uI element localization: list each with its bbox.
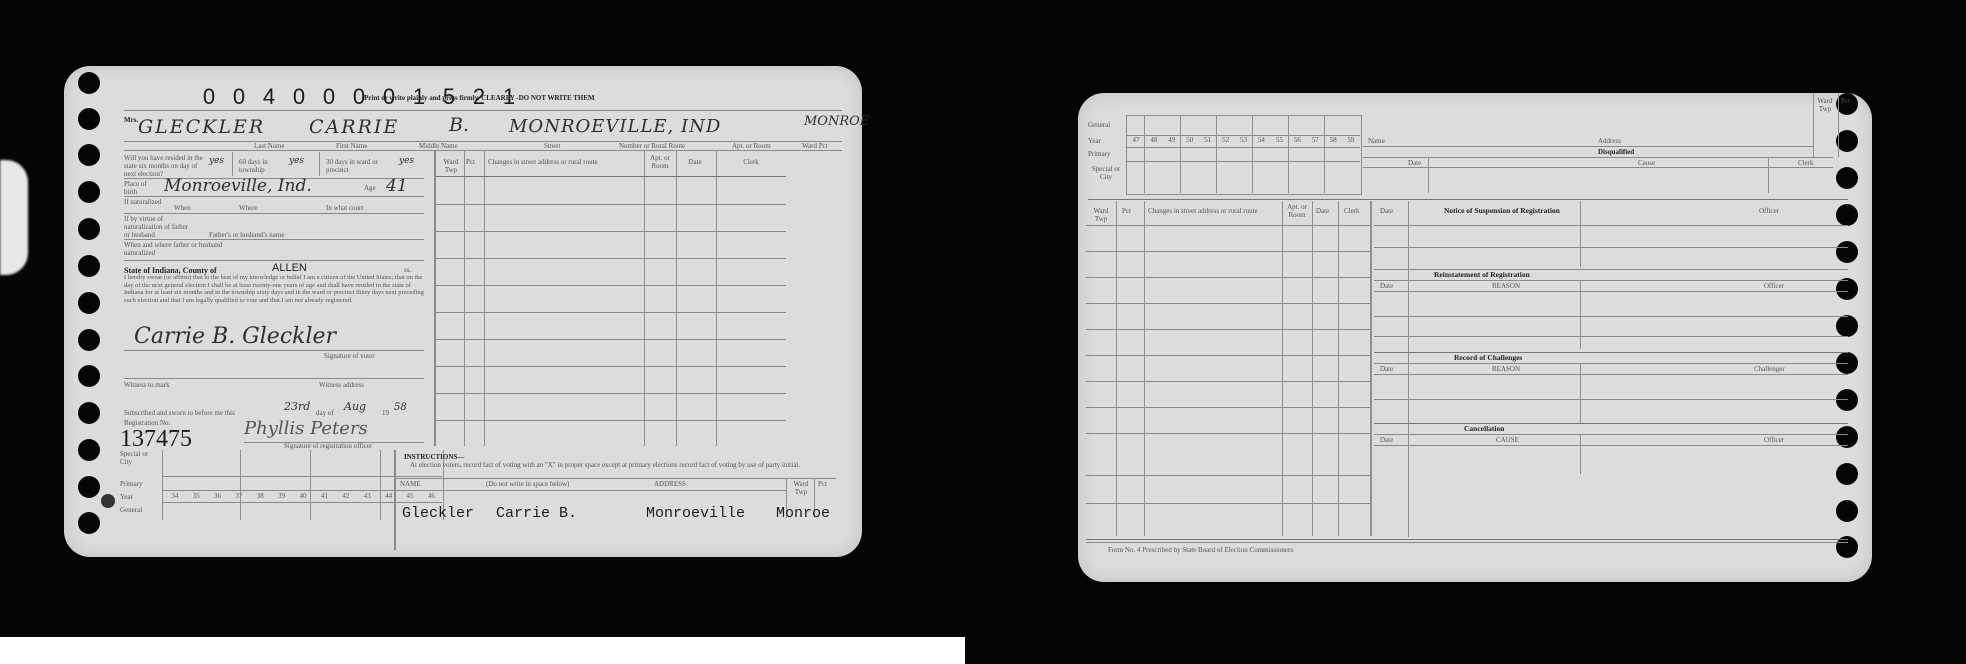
year-cell: 47 [1127, 136, 1145, 144]
suspension-officer-header: Officer [1759, 207, 1779, 215]
year-cell: 50 [1181, 136, 1199, 144]
footer-ward-label: Ward Twp [789, 480, 813, 496]
punch-hole [78, 512, 100, 534]
changes-table-back-continued [1086, 451, 1372, 536]
year-row: 47 48 49 50 51 52 53 54 55 56 57 58 59 [1127, 136, 1360, 144]
punch-hole [78, 292, 100, 314]
footer-note: (Do not write in space below) [486, 480, 569, 488]
subscribed-year: 58 [394, 402, 407, 413]
registration-card-back: General Year Primary Special or City 47 … [1078, 93, 1872, 582]
typed-address: Monroeville [646, 505, 745, 522]
serial-digit: 4 [254, 84, 284, 110]
punch-hole [78, 181, 100, 203]
year-cell: 52 [1217, 136, 1235, 144]
serial-digit: 0 [284, 84, 314, 110]
birth-label: Place of birth [124, 180, 159, 196]
year-cell: 37 [228, 492, 249, 500]
grid-label-general: General [120, 506, 142, 514]
subscribed-day-label: day of [316, 409, 334, 417]
punch-hole [78, 476, 100, 498]
col-apt: Apt. or Room [646, 154, 674, 170]
col-clerk: Clerk [1344, 207, 1360, 215]
grid-label-year: Year [1088, 137, 1101, 145]
subscribed-month: Aug [344, 400, 366, 413]
year-cell: 42 [335, 492, 356, 500]
subscribed-text: Subscribed and sworn to before me this [124, 409, 235, 417]
disqualified-cause: Cause [1638, 159, 1655, 167]
changes-table-back: Ward Twp Pct Changes in street address o… [1086, 201, 1372, 451]
punch-hole [1836, 130, 1858, 152]
oath-text: I hereby swear (or affirm) that to the b… [124, 274, 424, 304]
oath-ss: ss. [404, 266, 411, 274]
grid-label-special: Special or City [120, 450, 160, 466]
challenges-date-header: Date [1380, 365, 1393, 373]
instructions-text: At election voters, record fact of votin… [410, 461, 830, 469]
blank-margin [0, 637, 965, 664]
serial-digit: 0 [314, 84, 344, 110]
punch-hole [78, 72, 100, 94]
punch-hole [78, 365, 100, 387]
disqualified-clerk: Clerk [1798, 159, 1814, 167]
year-cell: 56 [1288, 136, 1306, 144]
punch-hole [78, 144, 100, 166]
col-ward: Ward Twp [1088, 207, 1114, 223]
year-cell: 59 [1342, 136, 1360, 144]
col-pct: Pct [1122, 207, 1131, 215]
col-pct: Pct [466, 158, 475, 166]
col-ward: Ward Twp [440, 158, 462, 174]
col-date: Date [681, 158, 709, 166]
street-handwritten: MONROEVILLE, IND [509, 116, 721, 137]
pct-label: Pct [1841, 97, 1850, 105]
year-cell: 41 [314, 492, 335, 500]
address-label: Address [1598, 137, 1621, 145]
year-cell: 48 [1145, 136, 1163, 144]
vote-grid-back: General Year Primary Special or City 47 … [1088, 115, 1360, 200]
year-cell: 43 [357, 492, 378, 500]
year-cell: 55 [1270, 136, 1288, 144]
virtue-label: If by virtue of naturalization of father… [124, 215, 194, 239]
cancellation-title: Cancellation [1464, 425, 1504, 433]
challenges-reason-header: REASON [1492, 365, 1520, 373]
col-clerk: Clerk [726, 158, 776, 166]
punch-hole [1836, 167, 1858, 189]
challenges-title: Record of Challenges [1454, 354, 1522, 362]
reinstatement-reason-header: REASON [1492, 282, 1520, 290]
witness-address-label: Witness address [319, 381, 364, 389]
age-label: Age [364, 184, 376, 192]
year-cell: 54 [1252, 136, 1270, 144]
disqualified-date: Date [1408, 159, 1421, 167]
year-cell: 49 [1163, 136, 1181, 144]
first-name-handwritten: CARRIE [309, 116, 399, 138]
witness-label: Witness to mark [124, 381, 170, 389]
typed-ward: Monroe [776, 505, 830, 522]
changes-table-front: Ward Twp Pct Changes in street address o… [434, 150, 844, 446]
col-apt: Apt. or Room [1284, 203, 1310, 219]
typed-first-name: Carrie B. [496, 505, 577, 522]
label-number-rural: Number or Rural Route [619, 142, 685, 150]
grid-label-primary: Primary [1088, 150, 1111, 158]
form-note: Form No. 4 Prescribed by State Board of … [1108, 546, 1293, 554]
registration-card-front: 00400001521 Print or write plainly and p… [64, 66, 862, 557]
status-sections: Date Notice of Suspension of Registratio… [1374, 201, 1848, 537]
subscribed-day: 23rd [284, 400, 310, 413]
residency-state-answer: yes [209, 156, 224, 166]
year-cell: 35 [185, 492, 206, 500]
when-where-label: When and where father or husband natural… [124, 241, 224, 257]
residency-ward-answer: yes [399, 156, 414, 166]
middle-name-handwritten: B. [449, 114, 469, 136]
punch-hole [78, 402, 100, 424]
punch-hole [78, 439, 100, 461]
title-prefix: Mrs. [124, 116, 138, 124]
year-cell: 34 [164, 492, 185, 500]
scan-artifact [0, 160, 28, 275]
grid-label-general: General [1088, 121, 1110, 129]
last-name-handwritten: GLECKLER [138, 116, 265, 138]
grid-label-year: Year [120, 493, 133, 501]
label-street: Street [544, 142, 560, 150]
punch-hole [78, 329, 100, 351]
registration-number: 137475 [120, 426, 192, 453]
father-husband-name-label: Father's or husband's name [209, 231, 284, 239]
naturalized-where: Where [239, 204, 258, 212]
year-cell: 57 [1306, 136, 1324, 144]
label-last-name: Last Name [254, 142, 285, 150]
voter-signature: Carrie B. Gleckler [134, 324, 336, 349]
punch-holes-left [78, 66, 100, 557]
typed-last-name: Gleckler [402, 505, 474, 522]
punch-hole [78, 108, 100, 130]
suspension-title: Notice of Suspension of Registration [1444, 207, 1560, 215]
footer-name-label: NAME [400, 480, 421, 488]
cancellation-officer-header: Officer [1764, 436, 1784, 444]
label-ward-pct: Ward Pct [802, 142, 828, 150]
residency-township-question: 60 days in township [239, 158, 289, 174]
serial-digit: 0 [194, 84, 224, 110]
ward-twp-label: Ward Twp [1815, 97, 1835, 113]
year-cell: 58 [1324, 136, 1342, 144]
residency-ward-question: 30 days in ward or precinct [326, 158, 396, 174]
stray-hole [101, 494, 115, 508]
signature-label: Signature of voter [324, 352, 375, 360]
year-cell: 39 [271, 492, 292, 500]
label-middle-name: Middle Name [419, 142, 458, 150]
punch-hole [78, 218, 100, 240]
instructions-block: INSTRUCTIONS— At election voters, record… [394, 450, 836, 550]
ward-handwritten: MONROE [804, 114, 869, 129]
naturalized-label: If naturalized [124, 198, 164, 206]
disqualified-title: Disqualified [1598, 148, 1634, 156]
cancellation-cause-header: CAUSE [1496, 436, 1519, 444]
challenges-challenger-header: Challenger [1754, 365, 1785, 373]
naturalized-when: When [174, 204, 191, 212]
footer-address-label: ADDRESS [654, 480, 686, 488]
header-instruction: Print or write plainly and press firmly.… [364, 94, 744, 102]
reinstatement-officer-header: Officer [1764, 282, 1784, 290]
year-cell: 51 [1199, 136, 1217, 144]
year-cell: 38 [250, 492, 271, 500]
col-changes: Changes in street address or rural route [488, 158, 628, 166]
age-value: 41 [386, 176, 408, 196]
label-apt-room: Apt. or Room [732, 142, 771, 150]
name-label: Name [1368, 137, 1385, 145]
cancellation-date-header: Date [1380, 436, 1393, 444]
birth-place: Monroeville, Ind. [164, 176, 312, 196]
serial-digit: 0 [224, 84, 254, 110]
instructions-title: INSTRUCTIONS— [404, 453, 464, 461]
footer-pct-label: Pct [818, 480, 827, 488]
label-first-name: First Name [336, 142, 367, 150]
residency-township-answer: yes [289, 156, 304, 166]
year-cell: 53 [1235, 136, 1253, 144]
grid-label-special: Special or City [1088, 165, 1124, 181]
residency-state-question: Will you have resided in the state six m… [124, 154, 209, 178]
subscribed-year-prefix: 19 [382, 409, 389, 417]
col-changes: Changes in street address or rural route [1148, 207, 1280, 215]
oath-county: ALLEN [272, 262, 307, 274]
suspension-date-header: Date [1380, 207, 1393, 215]
grid-label-primary: Primary [120, 480, 143, 488]
reinstatement-date-header: Date [1380, 282, 1393, 290]
officer-signature: Phyllis Peters [244, 418, 368, 439]
reinstatement-title: Reinstatement of Registration [1434, 271, 1530, 279]
year-cell: 36 [207, 492, 228, 500]
col-date: Date [1316, 207, 1329, 215]
naturalized-court: In what court [326, 204, 363, 212]
officer-signature-label: Signature of registration officer [284, 442, 372, 450]
punch-hole [78, 255, 100, 277]
